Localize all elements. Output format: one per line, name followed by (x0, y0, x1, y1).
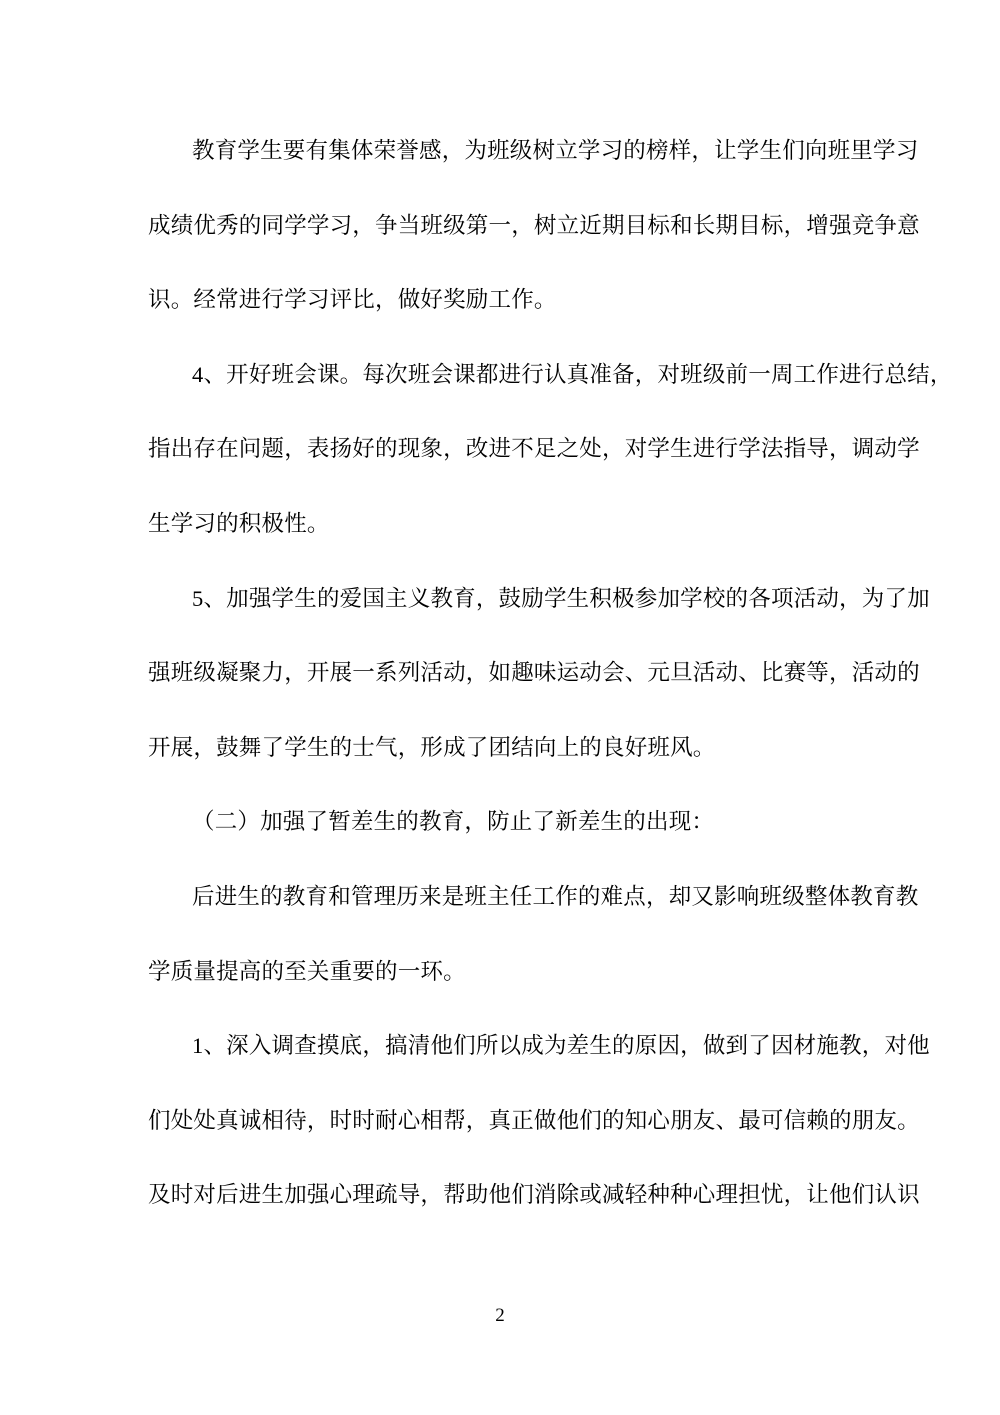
document-lines: 教育学生要有集体荣誉感，为班级树立学习的榜样，让学生们向班里学习成绩优秀的同学学… (148, 136, 854, 1255)
text-line: 识。经常进行学习评比，做好奖励工作。 (148, 285, 854, 360)
text-line: 5、加强学生的爱国主义教育，鼓励学生积极参加学校的各项活动，为了加 (148, 584, 854, 659)
text-line: 教育学生要有集体荣誉感，为班级树立学习的榜样，让学生们向班里学习 (148, 136, 854, 211)
text-line: 们处处真诚相待，时时耐心相帮，真正做他们的知心朋友、最可信赖的朋友。 (148, 1106, 854, 1181)
document-page: 教育学生要有集体荣誉感，为班级树立学习的榜样，让学生们向班里学习成绩优秀的同学学… (0, 0, 1000, 1415)
text-line: 后进生的教育和管理历来是班主任工作的难点，却又影响班级整体教育教 (148, 882, 854, 957)
text-line: （二）加强了暂差生的教育，防止了新差生的出现： (148, 807, 854, 882)
text-line: 生学习的积极性。 (148, 509, 854, 584)
text-line: 开展，鼓舞了学生的士气，形成了团结向上的良好班风。 (148, 733, 854, 808)
page-number: 2 (0, 1305, 1000, 1327)
text-line: 及时对后进生加强心理疏导，帮助他们消除或减轻种种心理担忧，让他们认识 (148, 1180, 854, 1255)
text-line: 指出存在问题，表扬好的现象，改进不足之处，对学生进行学法指导，调动学 (148, 434, 854, 509)
text-line: 4、开好班会课。每次班会课都进行认真准备，对班级前一周工作进行总结， (148, 360, 854, 435)
text-line: 1、深入调查摸底，搞清他们所以成为差生的原因，做到了因材施教，对他 (148, 1031, 854, 1106)
text-line: 强班级凝聚力，开展一系列活动，如趣味运动会、元旦活动、比赛等，活动的 (148, 658, 854, 733)
text-line: 学质量提高的至关重要的一环。 (148, 957, 854, 1032)
text-line: 成绩优秀的同学学习，争当班级第一，树立近期目标和长期目标，增强竞争意 (148, 211, 854, 286)
